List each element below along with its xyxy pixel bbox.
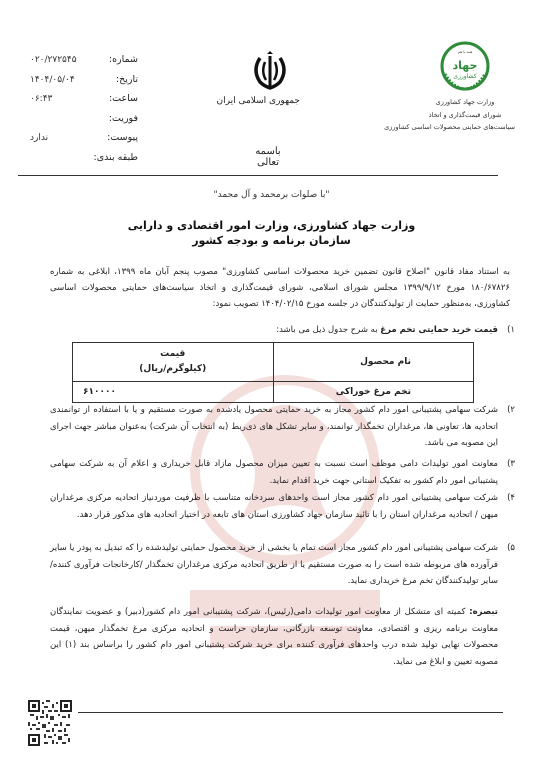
meta-time: ساعت: ۰۶:۴۳ (28, 93, 138, 113)
iran-emblem: جمهوری اسلامی ایران (240, 50, 300, 106)
meta-value: ندارد (28, 133, 90, 143)
clause-number: ۳) (498, 456, 515, 489)
council-name-line1: شورای قیمت‌گذاری و اتخاذ (415, 111, 515, 119)
header-price-label: قیمت (83, 347, 263, 362)
price-table: نام محصول قیمت (کیلوگرم/ریال) تخم مرغ خو… (72, 342, 474, 403)
iran-emblem-icon (252, 50, 288, 90)
clause-5: ۵) شرکت سهامی پشتیبانی امور دام کشور مجا… (50, 540, 515, 590)
cell-product-name: تخم مرغ خوراکی (273, 382, 474, 403)
clause-body-text: به شرح جدول ذیل می باشد: (276, 325, 380, 335)
preamble: به استناد مفاد قانون "اصلاح قانون تضمین … (50, 264, 510, 312)
clause-text: معاونت امور تولیدات دامی موظف است نسبت ب… (50, 456, 498, 489)
jahad-keshavarzi-emblem-icon: جهاد کشاورزی همه با هم (439, 40, 491, 92)
meta-label: تاریخ: (90, 74, 138, 85)
meta-label: فوریت: (90, 113, 138, 124)
table-header-row: نام محصول قیمت (کیلوگرم/ریال) (73, 343, 474, 382)
ministry-logo: جهاد کشاورزی همه با هم وزارت جهاد کشاورز… (415, 40, 515, 131)
meta-label: طبقه بندی: (78, 152, 138, 163)
clause-number: ۱) (498, 322, 515, 339)
clause-text: قیمت خرید حمایتی تخم مرغ به شرح جدول ذیل… (50, 322, 498, 339)
title-line2: سازمان برنامه و بودجه کشور (0, 233, 543, 248)
clause-2: ۲) شرکت سهامی پشتیبانی امور دام کشور مجا… (50, 402, 515, 452)
svg-text:جهاد: جهاد (453, 59, 478, 72)
clause-3: ۳) معاونت امور تولیدات دامی موظف است نسب… (50, 456, 515, 489)
clause-1: ۱) قیمت خرید حمایتی تخم مرغ به شرح جدول … (50, 322, 515, 339)
header-price-unit: (کیلوگرم/ریال) (83, 362, 263, 377)
header-price: قیمت (کیلوگرم/ریال) (73, 343, 274, 382)
council-name-line2: سیاست‌های حمایتی محصولات اساسی کشاورزی (395, 123, 515, 131)
meta-value: ۰۲۰/۲۷۲۵۴۵ (28, 55, 90, 65)
meta-number: شماره: ۰۲۰/۲۷۲۵۴۵ (28, 54, 138, 74)
meta-classification: طبقه بندی: (28, 152, 138, 172)
footer-divider (78, 712, 503, 713)
svg-text:کشاورزی: کشاورزی (453, 73, 477, 80)
clause-text: شرکت سهامی پشتیبانی امور دام کشور مجاز ا… (50, 540, 498, 590)
clause-number: ۲) (498, 402, 515, 452)
cell-price: ۶۱۰۰۰۰ (73, 382, 274, 403)
clause-text: شرکت سهامی پشتیبانی امور دام کشور مجاز ب… (50, 402, 498, 452)
clause-4: ۴) شرکت سهامی پشتیبانی امور دام کشور مجا… (50, 490, 515, 523)
table-row: تخم مرغ خوراکی ۶۱۰۰۰۰ (73, 382, 474, 403)
meta-attachment: پیوست: ندارد (28, 132, 138, 152)
emblem-caption: جمهوری اسلامی ایران (230, 96, 300, 106)
meta-value: ۰۶:۴۳ (28, 94, 90, 104)
document-title: وزارت جهاد کشاورزی، وزارت امور اقتصادی و… (0, 218, 543, 248)
header-product-name: نام محصول (273, 343, 474, 382)
meta-label: پیوست: (90, 132, 138, 143)
meta-date: تاریخ: ۱۴۰۴/۰۵/۰۴ (28, 74, 138, 94)
meta-label: ساعت: (90, 93, 138, 104)
meta-urgency: فوریت: (28, 113, 138, 133)
header-divider (18, 175, 498, 176)
jahad-keshavarzi-logo: جهاد کشاورزی همه با هم (439, 40, 491, 92)
clause-number: ۵) (498, 540, 515, 590)
note-label: تبصره: (469, 607, 498, 617)
note-text: کمیته ای متشکل از معاونت امور تولیدات دا… (50, 607, 498, 667)
basmala: باسمه تعالی (248, 146, 288, 168)
letter-page: شماره: ۰۲۰/۲۷۲۵۴۵ تاریخ: ۱۴۰۴/۰۵/۰۴ ساعت… (0, 0, 543, 777)
clause-text: شرکت سهامی پشتیبانی امور دام کشور مجاز ا… (50, 490, 498, 523)
clause-bold-text: قیمت خرید حمایتی تخم مرغ (380, 325, 498, 335)
meta-value: ۱۴۰۴/۰۵/۰۴ (28, 75, 90, 85)
title-line1: وزارت جهاد کشاورزی، وزارت امور اقتصادی و… (0, 218, 543, 233)
note-paragraph: تبصره: کمیته ای متشکل از معاونت امور تول… (50, 604, 498, 670)
letter-meta: شماره: ۰۲۰/۲۷۲۵۴۵ تاریخ: ۱۴۰۴/۰۵/۰۴ ساعت… (28, 54, 138, 171)
salawat-line: "با صلوات برمحمد و آل محمد" (0, 190, 543, 200)
ministry-name: وزارت جهاد کشاورزی (415, 98, 515, 106)
clause-number: ۴) (498, 490, 515, 523)
meta-label: شماره: (90, 54, 138, 65)
svg-text:همه با هم: همه با هم (458, 50, 472, 54)
qr-code-icon (28, 700, 72, 746)
